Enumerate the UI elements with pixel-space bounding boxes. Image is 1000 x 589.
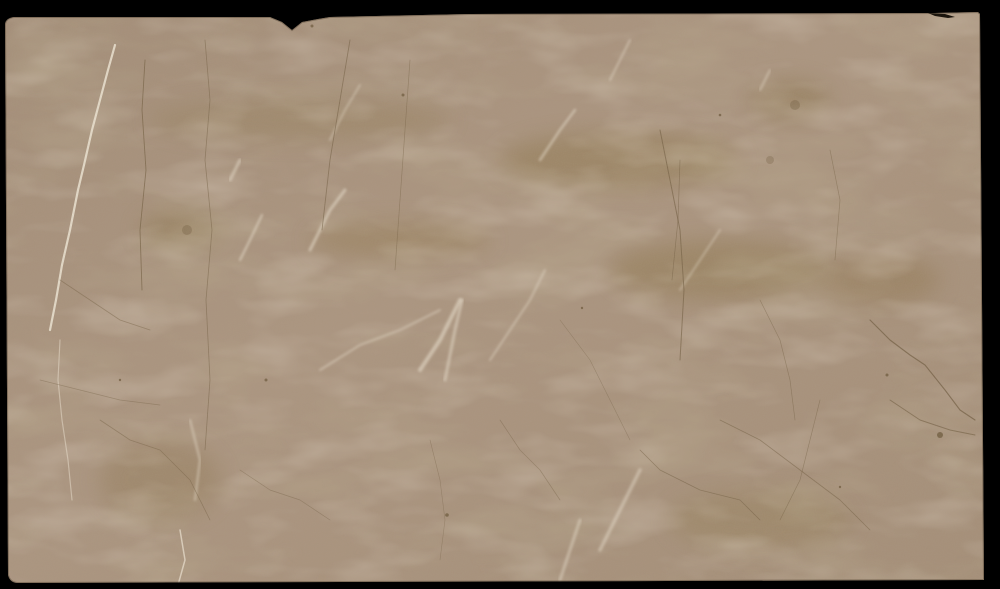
marble-slab-photo: Polished beige-taupe marble slab photogr… [0, 0, 1000, 589]
marble-slab [0, 0, 1000, 589]
slab-surface [0, 0, 1000, 589]
